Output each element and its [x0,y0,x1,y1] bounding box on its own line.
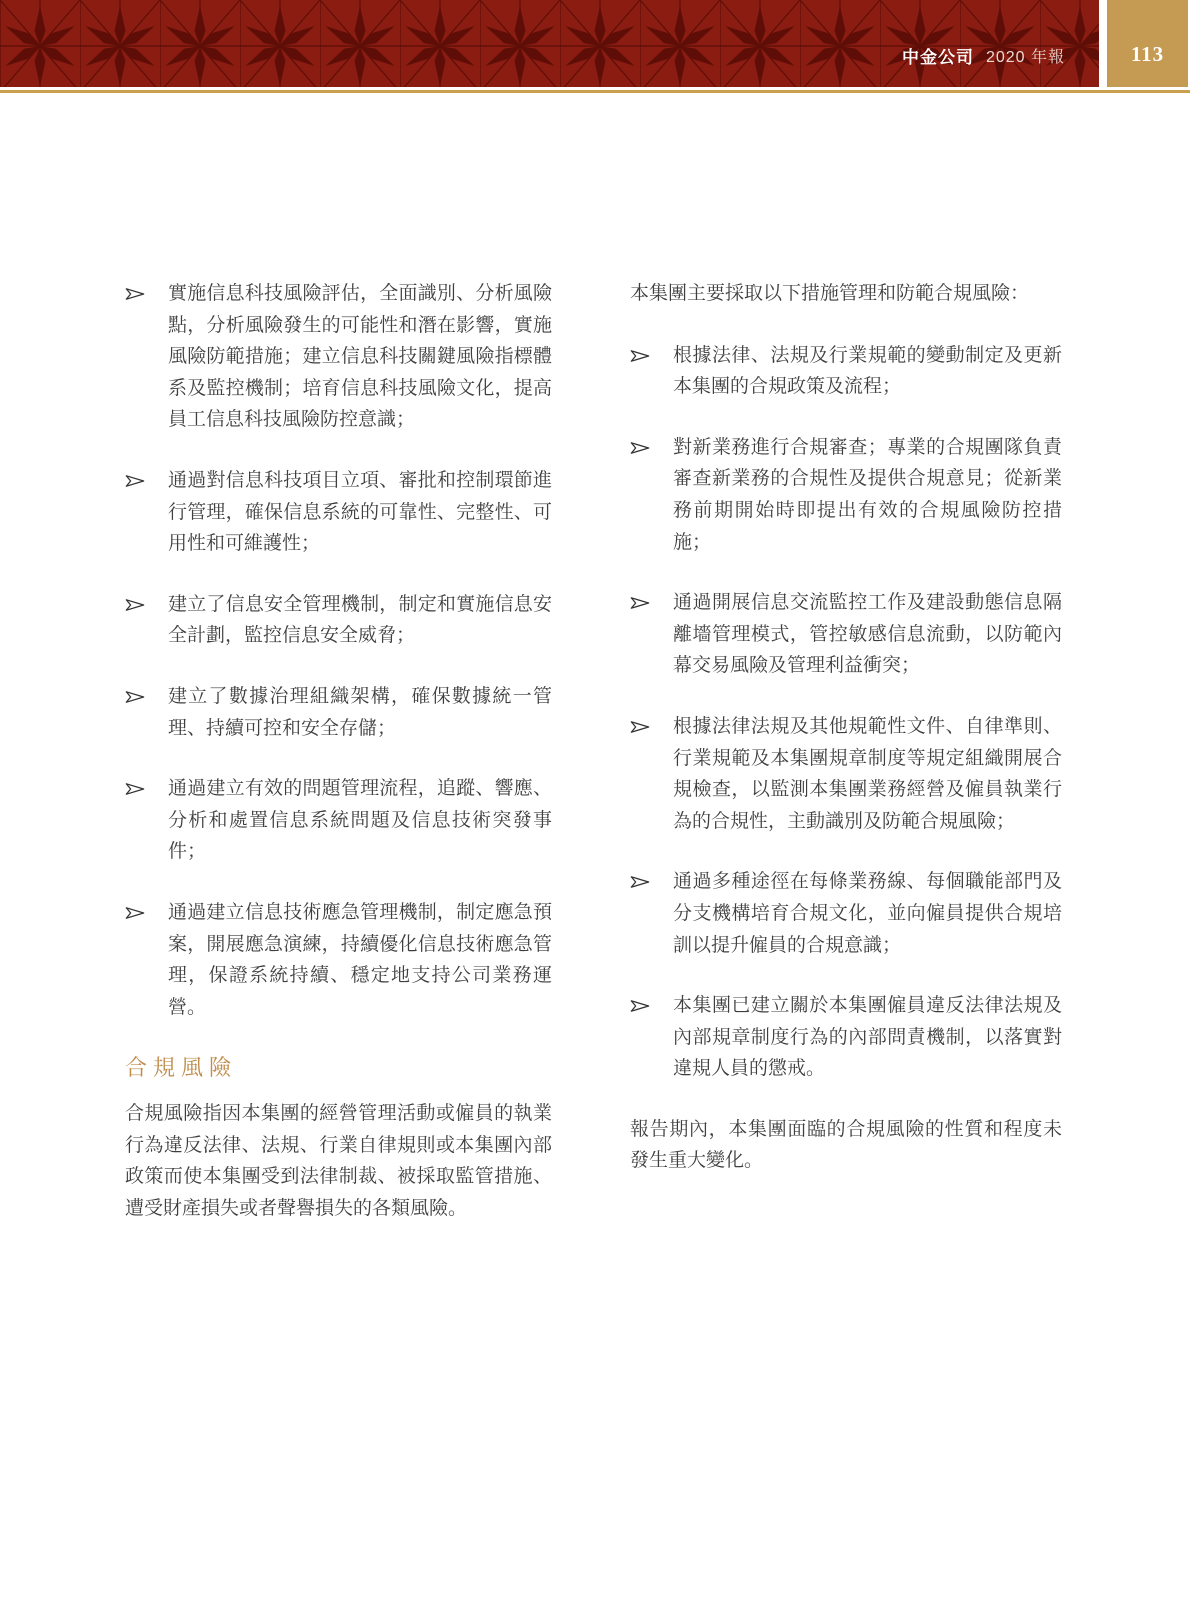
arrowhead-bullet-icon [630,711,673,837]
arrowhead-bullet-icon [630,990,673,1085]
page-number-box: 113 [1107,0,1188,87]
left-column: 實施信息科技風險評估，全面識別、分析風險點，分析風險發生的可能性和潛在影響，實施… [125,278,552,1225]
page-number: 113 [1131,42,1164,67]
bullet-text: 根據法律、法規及行業規範的變動制定及更新本集團的合規政策及流程； [673,340,1062,403]
bullet-item: 通過對信息科技項目立項、審批和控制環節進行管理，確保信息系統的可靠性、完整性、可… [125,465,552,560]
arrowhead-bullet-icon [630,340,673,403]
right-column: 本集團主要採取以下措施管理和防範合規風險： 根據法律、法規及行業規範的變動制定及… [630,278,1062,1177]
gold-rule [0,90,1190,93]
bullet-item: 本集團已建立關於本集團僱員違反法律法規及內部規章制度行為的內部問責機制，以落實對… [630,990,1062,1085]
bullet-text: 本集團已建立關於本集團僱員違反法律法規及內部規章制度行為的內部問責機制，以落實對… [673,990,1062,1085]
bullet-item: 建立了信息安全管理機制，制定和實施信息安全計劃，監控信息安全威脅； [125,589,552,652]
bullet-text: 通過多種途徑在每條業務線、每個職能部門及分支機構培育合規文化，並向僱員提供合規培… [673,866,1062,961]
bullet-item: 通過建立信息技術應急管理機制，制定應急預案，開展應急演練，持續優化信息技術應急管… [125,897,552,1023]
bullet-text: 建立了數據治理組織架構，確保數據統一管理、持續可控和安全存儲； [168,681,552,744]
bullet-text: 建立了信息安全管理機制，制定和實施信息安全計劃，監控信息安全威脅； [168,589,552,652]
report-edition: 2020 年報 [986,44,1065,67]
arrowhead-bullet-icon [125,278,168,436]
bullet-text: 通過開展信息交流監控工作及建設動態信息隔離墻管理模式，管控敏感信息流動，以防範內… [673,587,1062,682]
arrowhead-bullet-icon [630,866,673,961]
measures-intro-text: 本集團主要採取以下措施管理和防範合規風險： [630,278,1062,310]
arrowhead-bullet-icon [125,589,168,652]
bullet-item: 通過開展信息交流監控工作及建設動態信息隔離墻管理模式，管控敏感信息流動，以防範內… [630,587,1062,682]
report-page: 中金公司 2020 年報 113 實施信息科技風險評估，全面識別、分析風險點，分… [0,0,1190,1615]
header-banner: 中金公司 2020 年報 [0,0,1099,87]
brand-text: 中金公司 2020 年報 [902,0,1065,87]
bullet-item: 實施信息科技風險評估，全面識別、分析風險點，分析風險發生的可能性和潛在影響，實施… [125,278,552,436]
bullet-text: 通過對信息科技項目立項、審批和控制環節進行管理，確保信息系統的可靠性、完整性、可… [168,465,552,560]
arrowhead-bullet-icon [125,773,168,868]
bullet-text: 實施信息科技風險評估，全面識別、分析風險點，分析風險發生的可能性和潛在影響，實施… [168,278,552,436]
bullet-item: 根據法律、法規及行業規範的變動制定及更新本集團的合規政策及流程； [630,340,1062,403]
arrowhead-bullet-icon [630,587,673,682]
bullet-item: 根據法律法規及其他規範性文件、自律準則、行業規範及本集團規章制度等規定組織開展合… [630,711,1062,837]
arrowhead-bullet-icon [630,432,673,558]
arrowhead-bullet-icon [125,465,168,560]
bullet-text: 根據法律法規及其他規範性文件、自律準則、行業規範及本集團規章制度等規定組織開展合… [673,711,1062,837]
bullet-item: 建立了數據治理組織架構，確保數據統一管理、持續可控和安全存儲； [125,681,552,744]
compliance-risk-definition-paragraph: 合規風險指因本集團的經營管理活動或僱員的執業行為違反法律、法規、行業自律規則或本… [125,1098,552,1224]
bullet-item: 對新業務進行合規審查；專業的合規團隊負責審查新業務的合規性及提供合規意見；從新業… [630,432,1062,558]
section-heading-compliance-risk: 合規風險 [125,1052,552,1084]
bullet-item: 通過建立有效的問題管理流程，追蹤、響應、分析和處置信息系統問題及信息技術突發事件… [125,773,552,868]
bullet-item: 通過多種途徑在每條業務線、每個職能部門及分支機構培育合規文化，並向僱員提供合規培… [630,866,1062,961]
arrowhead-bullet-icon [125,897,168,1023]
bullet-text: 對新業務進行合規審查；專業的合規團隊負責審查新業務的合規性及提供合規意見；從新業… [673,432,1062,558]
bullet-text: 通過建立信息技術應急管理機制，制定應急預案，開展應急演練，持續優化信息技術應急管… [168,897,552,1023]
closing-paragraph: 報告期內，本集團面臨的合規風險的性質和程度未發生重大變化。 [630,1114,1062,1177]
bullet-text: 通過建立有效的問題管理流程，追蹤、響應、分析和處置信息系統問題及信息技術突發事件… [168,773,552,868]
company-name: 中金公司 [902,43,974,68]
arrowhead-bullet-icon [125,681,168,744]
